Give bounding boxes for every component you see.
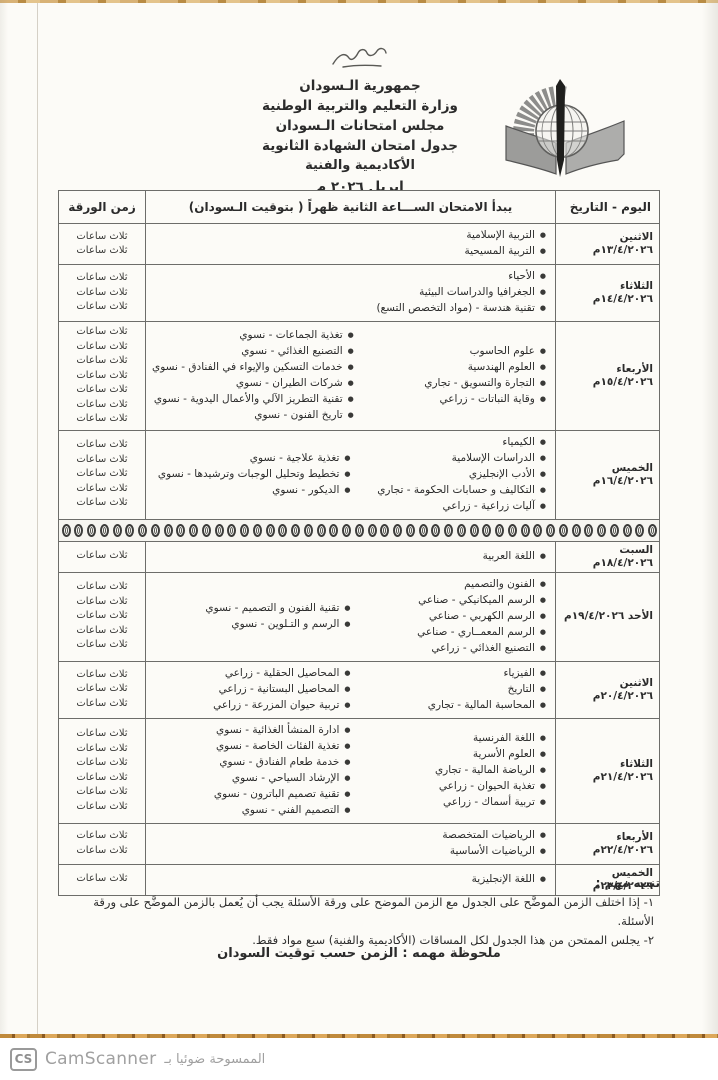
bullet-icon: ● xyxy=(344,682,350,697)
subject-item: ●الإرشاد السياحي - نسوي xyxy=(152,771,351,787)
binding-hole-icon xyxy=(635,524,644,537)
subjects-left-group xyxy=(148,828,351,860)
duration-cell: ثلاث ساعاتثلاث ساعات xyxy=(59,824,145,864)
binding-hole-icon xyxy=(342,524,351,537)
subjects-right-group: ●الرياضيات المتخصصة●الرياضيات الأساسية xyxy=(351,828,553,860)
day-date-label: الأحد ١٩/٤/٢٠٢٦م xyxy=(564,610,653,623)
day-date-label: الخميس ١٦/٤/٢٠٢٦م xyxy=(558,462,653,488)
binding-hole-icon xyxy=(406,524,415,537)
duration-cell: ثلاث ساعاتثلاث ساعاتثلاث ساعاتثلاث ساعات… xyxy=(59,573,145,661)
bullet-icon: ● xyxy=(540,593,546,608)
subject-label: المحاصيل البستانية - زراعي xyxy=(219,682,340,697)
duration-label: ثلاث ساعات xyxy=(59,369,145,384)
subject-label: الإرشاد السياحي - نسوي xyxy=(232,771,339,786)
bullet-icon: ● xyxy=(348,328,354,343)
subject-item: ●الجغرافيا والدراسات البيئية xyxy=(351,285,553,301)
bullet-icon: ● xyxy=(540,763,546,778)
table-row: الأربعاء ٢٢/٤/٢٠٢٦م ●الرياضيات المتخصصة●… xyxy=(59,824,659,865)
binding-hole-icon xyxy=(431,524,440,537)
subject-item: ●التجارة والتسويق - تجاري xyxy=(354,376,553,392)
subject-item: ●الرياضيات المتخصصة xyxy=(351,828,553,844)
subject-label: الأدب الإنجليزي xyxy=(469,467,535,482)
bullet-icon: ● xyxy=(540,499,546,514)
subject-label: خدمة طعام الفنادق - نسوي xyxy=(219,755,339,770)
subject-label: شركات الطيران - نسوي xyxy=(236,376,343,391)
duration-label: ثلاث ساعات xyxy=(59,595,145,610)
subject-label: التربية المسيحية xyxy=(464,244,534,259)
bullet-icon: ● xyxy=(344,483,350,498)
basmala-scribble-icon xyxy=(150,44,570,74)
bullet-icon: ● xyxy=(540,228,546,243)
day-date-label: الأربعاء ٢٢/٤/٢٠٢٦م xyxy=(558,831,653,857)
subject-item: ●ادارة المنشأ الغذائية - نسوي xyxy=(152,723,351,739)
subjects-cell: ●علوم الحاسوب●العلوم الهندسية●التجارة وا… xyxy=(145,322,556,430)
bullet-icon: ● xyxy=(540,451,546,466)
subjects-cell: ●الفنون والتصميم●الرسم الميكانيكي - صناع… xyxy=(145,573,556,661)
day-date-label: الثلاثاء ٢١/٤/٢٠٢٦م xyxy=(558,758,653,784)
duration-label: ثلاث ساعات xyxy=(59,668,145,683)
notice-title: تنبيه مهم : xyxy=(56,874,660,893)
duration-cell: ثلاث ساعاتثلاث ساعاتثلاث ساعاتثلاث ساعات… xyxy=(59,719,145,823)
day-date-cell: الاثنين ١٣/٤/٢٠٢٦م xyxy=(556,224,659,264)
subject-item: ●تربية حيوان المزرعة - زراعي xyxy=(152,698,351,714)
binding-hole-icon xyxy=(546,524,555,537)
subject-label: تغذية الجماعات - نسوي xyxy=(239,328,342,343)
subjects-cell: ●اللغة الفرنسية●العلوم الأسرية●الرياضة ا… xyxy=(145,719,556,823)
duration-label: ثلاث ساعات xyxy=(59,271,145,286)
duration-label: ثلاث ساعات xyxy=(59,354,145,369)
bullet-icon: ● xyxy=(344,755,350,770)
subject-label: الأحياء xyxy=(508,269,535,284)
subject-item: ●تربية أسماك - زراعي xyxy=(351,795,553,811)
day-date-cell: الخميس ١٦/٤/٢٠٢٦م xyxy=(556,431,659,519)
subject-item: ●المحاسبة المالية - تجاري xyxy=(351,698,553,714)
subjects-right-group: ●اللغة العربية xyxy=(351,546,553,568)
binding-hole-icon xyxy=(253,524,262,537)
subject-item: ●التكاليف و حسابات الحكومة - تجاري xyxy=(351,483,553,499)
binding-hole-icon xyxy=(597,524,606,537)
subject-label: المحاصيل الحقلية - زراعي xyxy=(225,666,340,681)
subject-item: ●العلوم الهندسية xyxy=(354,360,553,376)
subject-label: التجارة والتسويق - تجاري xyxy=(424,376,535,391)
notice-item-1: ١- إذا اختلف الزمن الموضَّح على الجدول م… xyxy=(56,893,660,931)
day-date-label: الاثنين ١٣/٤/٢٠٢٦م xyxy=(558,231,653,257)
duration-label: ثلاث ساعات xyxy=(59,496,145,511)
day-date-cell: الثلاثاء ١٤/٤/٢٠٢٦م xyxy=(556,265,659,321)
council-logo xyxy=(490,74,634,186)
duration-label: ثلاث ساعات xyxy=(59,438,145,453)
bullet-icon: ● xyxy=(348,408,354,423)
bullet-icon: ● xyxy=(344,601,350,616)
subjects-right-group: ●الفنون والتصميم●الرسم الميكانيكي - صناع… xyxy=(351,577,553,657)
subjects-cell: ●الرياضيات المتخصصة●الرياضيات الأساسية xyxy=(145,824,556,864)
subject-item: ●اللغة الفرنسية xyxy=(351,731,553,747)
subject-item: ●التربية المسيحية xyxy=(351,244,553,260)
subject-label: تربية أسماك - زراعي xyxy=(443,795,535,810)
subjects-left-group: ●المحاصيل الحقلية - زراعي●المحاصيل البست… xyxy=(148,666,351,714)
subject-item: ●المحاصيل الحقلية - زراعي xyxy=(152,666,351,682)
duration-label: ثلاث ساعات xyxy=(59,549,145,564)
subject-item: ●آليات زراعية - زراعي xyxy=(351,499,553,515)
left-page-shade xyxy=(0,0,8,1036)
day-date-cell: الأحد ١٩/٤/٢٠٢٦م xyxy=(556,573,659,661)
duration-label: ثلاث ساعات xyxy=(59,453,145,468)
binding-hole-icon xyxy=(189,524,198,537)
duration-label: ثلاث ساعات xyxy=(59,785,145,800)
duration-label: ثلاث ساعات xyxy=(59,624,145,639)
subject-label: الكيمياء xyxy=(502,435,534,450)
subject-item: ●تقنية الفنون و التصميم - نسوي xyxy=(152,601,351,617)
duration-label: ثلاث ساعات xyxy=(59,727,145,742)
binding-hole-icon xyxy=(368,524,377,537)
day-date-cell: الأربعاء ١٥/٤/٢٠٢٦م xyxy=(556,322,659,430)
subject-item: ●الرسم الميكانيكي - صناعي xyxy=(351,593,553,609)
subject-label: الدراسات الإسلامية xyxy=(452,451,535,466)
bullet-icon: ● xyxy=(540,392,546,407)
subject-item: ●التصنيع الغذائي - نسوي xyxy=(152,344,354,360)
footer-note: ملحوظة مهمه : الزمن حسب توقيت السودان xyxy=(0,946,718,961)
binding-hole-icon xyxy=(278,524,287,537)
bullet-icon: ● xyxy=(540,549,546,564)
subject-label: الرسم الكهربي - صناعي xyxy=(429,609,535,624)
binding-hole-icon xyxy=(176,524,185,537)
right-page-shade xyxy=(702,0,718,1036)
duration-label: ثلاث ساعات xyxy=(59,398,145,413)
subject-item: ●المحاصيل البستانية - زراعي xyxy=(152,682,351,698)
subject-label: العلوم الهندسية xyxy=(468,360,535,375)
table-row: الثلاثاء ٢١/٤/٢٠٢٦م ●اللغة الفرنسية●العل… xyxy=(59,719,659,824)
header-exam-start: يبدأ الامتحان الســـاعة الثانية ظهراً ( … xyxy=(145,191,556,223)
bullet-icon: ● xyxy=(540,779,546,794)
bullet-icon: ● xyxy=(540,301,546,316)
subject-item: ●الرياضيات الأساسية xyxy=(351,844,553,860)
subject-item: ●الفيزياء xyxy=(351,666,553,682)
subject-item: ●تغذية الفئات الخاصة - نسوي xyxy=(152,739,351,755)
duration-label: ثلاث ساعات xyxy=(59,771,145,786)
subjects-left-group xyxy=(148,546,351,568)
bullet-icon: ● xyxy=(540,828,546,843)
duration-label: ثلاث ساعات xyxy=(59,482,145,497)
camscanner-brand: CamScanner xyxy=(45,1049,156,1069)
subject-item: ●العلوم الأسرية xyxy=(351,747,553,763)
binding-hole-icon xyxy=(559,524,568,537)
day-date-label: الثلاثاء ١٤/٤/٢٠٢٦م xyxy=(558,280,653,306)
table-row: الأربعاء ١٥/٤/٢٠٢٦م ●علوم الحاسوب●العلوم… xyxy=(59,322,659,431)
subject-label: التربية الإسلامية xyxy=(466,228,535,243)
subject-item: ●علوم الحاسوب xyxy=(354,344,553,360)
subjects-right-group: ●الكيمياء●الدراسات الإسلامية●الأدب الإنج… xyxy=(351,435,553,515)
bullet-icon: ● xyxy=(540,609,546,624)
subject-item: ●الرياضة المالية - تجاري xyxy=(351,763,553,779)
subject-item: ●الأحياء xyxy=(351,269,553,285)
binding-hole-icon xyxy=(227,524,236,537)
binding-hole-icon xyxy=(444,524,453,537)
binding-hole-icon xyxy=(266,524,275,537)
camscanner-bar: CS CamScanner الممسوحة ضوئيا بـ xyxy=(0,1038,718,1080)
duration-label: ثلاث ساعات xyxy=(59,383,145,398)
subjects-right-group: ●الفيزياء●التاريخ●المحاسبة المالية - تجا… xyxy=(351,666,553,714)
scan-top-edge xyxy=(0,0,718,3)
camscanner-logo-icon: CS xyxy=(10,1048,37,1071)
duration-label: ثلاث ساعات xyxy=(59,682,145,697)
subject-label: تغذية الفئات الخاصة - نسوي xyxy=(216,739,339,754)
duration-label: ثلاث ساعات xyxy=(59,286,145,301)
binding-hole-icon xyxy=(291,524,300,537)
subject-item: ●خدمة طعام الفنادق - نسوي xyxy=(152,755,351,771)
subject-item: ●الرسم الكهربي - صناعي xyxy=(351,609,553,625)
subject-label: الرياضيات المتخصصة xyxy=(442,828,535,843)
subject-item: ●التصميم الفني - نسوي xyxy=(152,803,351,819)
duration-label: ثلاث ساعات xyxy=(59,244,145,259)
binding-hole-icon xyxy=(202,524,211,537)
binding-hole-icon xyxy=(74,524,83,537)
subject-item: ●الرسم و التـلوين - نسوي xyxy=(152,617,351,633)
subject-label: اللغة العربية xyxy=(483,549,535,564)
bullet-icon: ● xyxy=(344,666,350,681)
bullet-icon: ● xyxy=(540,483,546,498)
important-notice: تنبيه مهم : ١- إذا اختلف الزمن الموضَّح … xyxy=(56,874,660,950)
subject-label: الفنون والتصميم xyxy=(464,577,535,592)
bullet-icon: ● xyxy=(540,376,546,391)
subjects-right-group: ●التربية الإسلامية●التربية المسيحية xyxy=(351,228,553,260)
binding-hole-icon xyxy=(240,524,249,537)
subjects-left-group: ●تغذية علاجية - نسوي●تخطيط وتحليل الوجبا… xyxy=(148,435,351,515)
subject-item: ●تخطيط وتحليل الوجبات وترشيدها - نسوي xyxy=(152,467,351,483)
subject-label: تغذية الحيوان - زراعي xyxy=(439,779,535,794)
subjects-right-group: ●علوم الحاسوب●العلوم الهندسية●التجارة وا… xyxy=(354,326,553,426)
bullet-icon: ● xyxy=(344,451,350,466)
bullet-icon: ● xyxy=(540,698,546,713)
subject-label: التصميم الفني - نسوي xyxy=(242,803,340,818)
subjects-cell: ●الأحياء●الجغرافيا والدراسات البيئية●تقن… xyxy=(145,265,556,321)
bullet-icon: ● xyxy=(344,787,350,802)
subjects-left-group: ●تقنية الفنون و التصميم - نسوي●الرسم و ا… xyxy=(148,577,351,657)
subject-label: وقاية النباتات - زراعي xyxy=(440,392,535,407)
duration-cell: ثلاث ساعاتثلاث ساعاتثلاث ساعات xyxy=(59,662,145,718)
subject-item: ●تقنية تصميم الباترون - نسوي xyxy=(152,787,351,803)
subject-label: تاريخ الفنون - نسوي xyxy=(254,408,342,423)
subject-label: التكاليف و حسابات الحكومة - تجاري xyxy=(377,483,535,498)
subject-item: ●الأدب الإنجليزي xyxy=(351,467,553,483)
header-paper-duration: زمن الورقة xyxy=(59,191,145,223)
subject-label: الرياضيات الأساسية xyxy=(450,844,535,859)
binding-hole-icon xyxy=(329,524,338,537)
subject-item: ●اللغة العربية xyxy=(351,549,553,565)
duration-label: ثلاث ساعات xyxy=(59,844,145,859)
binding-hole-icon xyxy=(623,524,632,537)
binding-hole-icon xyxy=(355,524,364,537)
bullet-icon: ● xyxy=(540,577,546,592)
table-header-row: اليوم - التاريخ يبدأ الامتحان الســـاعة … xyxy=(59,191,659,224)
duration-label: ثلاث ساعات xyxy=(59,742,145,757)
bullet-icon: ● xyxy=(344,771,350,786)
binding-hole-icon xyxy=(62,524,71,537)
exam-table-body: الاثنين ١٣/٤/٢٠٢٦م ●التربية الإسلامية●ال… xyxy=(59,224,659,895)
subject-label: ادارة المنشأ الغذائية - نسوي xyxy=(216,723,339,738)
duration-label: ثلاث ساعات xyxy=(59,230,145,245)
bullet-icon: ● xyxy=(348,376,354,391)
subjects-right-group: ●اللغة الفرنسية●العلوم الأسرية●الرياضة ا… xyxy=(351,723,553,819)
binding-hole-icon xyxy=(648,524,657,537)
binding-hole-icon xyxy=(317,524,326,537)
subject-label: تقنية هندسة - (مواد التخصص التسع) xyxy=(376,301,534,316)
camscanner-caption: الممسوحة ضوئيا بـ xyxy=(164,1052,265,1067)
subject-item: ●وقاية النباتات - زراعي xyxy=(354,392,553,408)
day-date-cell: السبت ١٨/٤/٢٠٢٦م xyxy=(556,542,659,572)
binding-hole-icon xyxy=(164,524,173,537)
subject-item: ●تغذية الجماعات - نسوي xyxy=(152,328,354,344)
table-row: الاثنين ١٣/٤/٢٠٢٦م ●التربية الإسلامية●ال… xyxy=(59,224,659,265)
subject-label: تقنية الفنون و التصميم - نسوي xyxy=(205,601,339,616)
subject-label: التاريخ xyxy=(508,682,535,697)
duration-label: ثلاث ساعات xyxy=(59,697,145,712)
subject-label: الرسم و التـلوين - نسوي xyxy=(231,617,339,632)
subject-label: علوم الحاسوب xyxy=(470,344,535,359)
subject-label: الفيزياء xyxy=(503,666,534,681)
bullet-icon: ● xyxy=(348,392,354,407)
binding-hole-icon xyxy=(533,524,542,537)
duration-label: ثلاث ساعات xyxy=(59,609,145,624)
binding-hole-icon xyxy=(521,524,530,537)
duration-cell: ثلاث ساعاتثلاث ساعاتثلاث ساعاتثلاث ساعات… xyxy=(59,431,145,519)
subject-label: الرسم الميكانيكي - صناعي xyxy=(418,593,535,608)
day-date-cell: الاثنين ٢٠/٤/٢٠٢٦م xyxy=(556,662,659,718)
binding-hole-icon xyxy=(572,524,581,537)
bullet-icon: ● xyxy=(344,739,350,754)
subject-item: ●الرسم المعمــاري - صناعي xyxy=(351,625,553,641)
subject-item: ●التربية الإسلامية xyxy=(351,228,553,244)
table-row: الأحد ١٩/٤/٢٠٢٦م ●الفنون والتصميم●الرسم … xyxy=(59,573,659,662)
duration-label: ثلاث ساعات xyxy=(59,340,145,355)
binding-hole-icon xyxy=(380,524,389,537)
scanned-exam-schedule-page: جمهورية الـسودان وزارة التعليم والتربية … xyxy=(0,0,718,1080)
duration-cell: ثلاث ساعات xyxy=(59,542,145,572)
subject-label: تغذية علاجية - نسوي xyxy=(250,451,340,466)
subject-label: الجغرافيا والدراسات البيئية xyxy=(419,285,535,300)
duration-cell: ثلاث ساعاتثلاث ساعات xyxy=(59,224,145,264)
bullet-icon: ● xyxy=(344,467,350,482)
bullet-icon: ● xyxy=(344,698,350,713)
subjects-left-group: ●ادارة المنشأ الغذائية - نسوي●تغذية الفئ… xyxy=(148,723,351,819)
subject-label: تقنية تصميم الباترون - نسوي xyxy=(214,787,340,802)
subject-label: تخطيط وتحليل الوجبات وترشيدها - نسوي xyxy=(158,467,340,482)
binding-hole-icon xyxy=(584,524,593,537)
table-row: الاثنين ٢٠/٤/٢٠٢٦م ●الفيزياء●التاريخ●الم… xyxy=(59,662,659,719)
bullet-icon: ● xyxy=(344,723,350,738)
subject-label: آليات زراعية - زراعي xyxy=(443,499,535,514)
binding-hole-icon xyxy=(151,524,160,537)
bullet-icon: ● xyxy=(540,285,546,300)
day-date-label: الأربعاء ١٥/٤/٢٠٢٦م xyxy=(558,363,653,389)
subject-item: ●تقنية هندسة - (مواد التخصص التسع) xyxy=(351,301,553,317)
bullet-icon: ● xyxy=(540,435,546,450)
binding-hole-icon xyxy=(87,524,96,537)
bullet-icon: ● xyxy=(540,244,546,259)
subjects-cell: ●الكيمياء●الدراسات الإسلامية●الأدب الإنج… xyxy=(145,431,556,519)
day-date-label: الاثنين ٢٠/٤/٢٠٢٦م xyxy=(558,677,653,703)
duration-label: ثلاث ساعات xyxy=(59,412,145,427)
subject-item: ●الكيمياء xyxy=(351,435,553,451)
bullet-icon: ● xyxy=(344,803,350,818)
bullet-icon: ● xyxy=(540,467,546,482)
binding-hole-icon xyxy=(419,524,428,537)
binding-hole-icon xyxy=(100,524,109,537)
duration-label: ثلاث ساعات xyxy=(59,638,145,653)
pen-icon xyxy=(556,79,565,177)
binding-hole-icon xyxy=(457,524,466,537)
header-day-date: اليوم - التاريخ xyxy=(556,191,659,223)
table-row: الثلاثاء ١٤/٤/٢٠٢٦م ●الأحياء●الجغرافيا و… xyxy=(59,265,659,322)
duration-label: ثلاث ساعات xyxy=(59,580,145,595)
subject-label: الرياضة المالية - تجاري xyxy=(435,763,535,778)
bullet-icon: ● xyxy=(540,731,546,746)
subjects-left-group xyxy=(148,269,351,317)
binding-hole-icon xyxy=(610,524,619,537)
binding-hole-icon xyxy=(304,524,313,537)
subject-item: ●الدراسات الإسلامية xyxy=(351,451,553,467)
bullet-icon: ● xyxy=(540,682,546,697)
binding-hole-icon xyxy=(138,524,147,537)
subject-label: خدمات التسكين والإيواء في الفنادق - نسوي xyxy=(152,360,343,375)
subject-item: ●التاريخ xyxy=(351,682,553,698)
exam-table: اليوم - التاريخ يبدأ الامتحان الســـاعة … xyxy=(58,190,660,896)
page-left-edge-line xyxy=(37,3,38,1036)
bullet-icon: ● xyxy=(540,360,546,375)
duration-label: ثلاث ساعات xyxy=(59,756,145,771)
day-date-label: السبت ١٨/٤/٢٠٢٦م xyxy=(558,544,653,570)
bullet-icon: ● xyxy=(348,344,354,359)
bullet-icon: ● xyxy=(540,795,546,810)
bullet-icon: ● xyxy=(540,641,546,656)
subject-label: العلوم الأسرية xyxy=(473,747,535,762)
table-row: السبت ١٨/٤/٢٠٢٦م ●اللغة العربية ثلاث ساع… xyxy=(59,542,659,573)
bullet-icon: ● xyxy=(344,617,350,632)
duration-label: ثلاث ساعات xyxy=(59,467,145,482)
bullet-icon: ● xyxy=(540,747,546,762)
subjects-left-group xyxy=(148,228,351,260)
bullet-icon: ● xyxy=(540,625,546,640)
subjects-cell: ●الفيزياء●التاريخ●المحاسبة المالية - تجا… xyxy=(145,662,556,718)
subject-item: ●تاريخ الفنون - نسوي xyxy=(152,408,354,424)
binding-hole-icon xyxy=(482,524,491,537)
subject-item: ●خدمات التسكين والإيواء في الفنادق - نسو… xyxy=(152,360,354,376)
binding-hole-icon xyxy=(470,524,479,537)
subjects-right-group: ●الأحياء●الجغرافيا والدراسات البيئية●تقن… xyxy=(351,269,553,317)
subject-label: التصنيع الغذائي - زراعي xyxy=(431,641,534,656)
day-date-cell: الثلاثاء ٢١/٤/٢٠٢٦م xyxy=(556,719,659,823)
subject-label: اللغة الفرنسية xyxy=(473,731,535,746)
bullet-icon: ● xyxy=(540,269,546,284)
table-row: الخميس ١٦/٤/٢٠٢٦م ●الكيمياء●الدراسات الإ… xyxy=(59,431,659,520)
subject-label: تقنية التطريز الآلي والأعمال اليدوية - ن… xyxy=(154,392,343,407)
duration-label: ثلاث ساعات xyxy=(59,325,145,340)
subject-label: تربية حيوان المزرعة - زراعي xyxy=(213,698,339,713)
subject-item: ●الديكور - نسوي xyxy=(152,483,351,499)
subject-item: ●شركات الطيران - نسوي xyxy=(152,376,354,392)
bullet-icon: ● xyxy=(540,844,546,859)
day-date-cell: الأربعاء ٢٢/٤/٢٠٢٦م xyxy=(556,824,659,864)
duration-cell: ثلاث ساعاتثلاث ساعاتثلاث ساعات xyxy=(59,265,145,321)
subject-item: ●الفنون والتصميم xyxy=(351,577,553,593)
subject-label: الرسم المعمــاري - صناعي xyxy=(417,625,535,640)
binding-hole-icon xyxy=(508,524,517,537)
subject-item: ●تقنية التطريز الآلي والأعمال اليدوية - … xyxy=(152,392,354,408)
bullet-icon: ● xyxy=(540,666,546,681)
subject-label: التصنيع الغذائي - نسوي xyxy=(241,344,342,359)
duration-cell: ثلاث ساعاتثلاث ساعاتثلاث ساعاتثلاث ساعات… xyxy=(59,322,145,430)
spiral-binding-strip xyxy=(59,520,659,542)
binding-hole-icon xyxy=(393,524,402,537)
